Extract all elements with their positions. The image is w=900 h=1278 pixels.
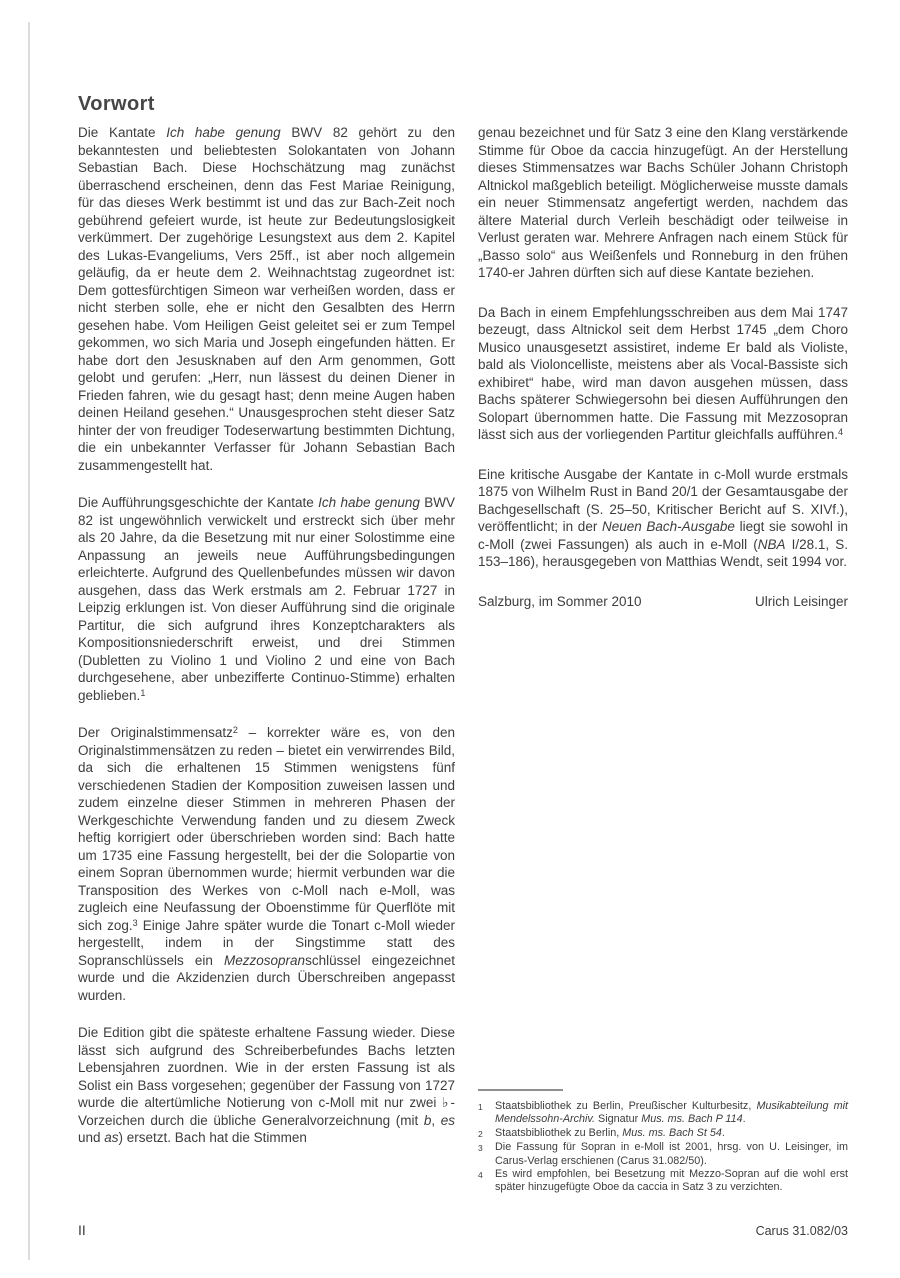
footnote-text: Es wird empfohlen, bei Besetzung mit Mez… bbox=[495, 1168, 848, 1195]
signature-line: Salzburg, im Sommer 2010 Ulrich Leisinge… bbox=[478, 593, 848, 611]
paragraph: Da Bach in einem Empfehlungsschreiben au… bbox=[478, 304, 848, 444]
paragraph: Eine kritische Ausgabe der Kantate in c-… bbox=[478, 466, 848, 571]
footnote-marker: 3 bbox=[478, 1141, 495, 1168]
left-column: Die Kantate Ich habe genung BWV 82 gehör… bbox=[78, 124, 455, 1167]
footnote-divider bbox=[478, 1089, 563, 1091]
page-number: II bbox=[78, 1222, 86, 1238]
catalog-number: Carus 31.082/03 bbox=[756, 1224, 848, 1238]
footnote: 4 Es wird empfohlen, bei Besetzung mit M… bbox=[478, 1168, 848, 1195]
paragraph: Die Kantate Ich habe genung BWV 82 gehör… bbox=[78, 124, 455, 474]
paragraph: Die Edition gibt die späteste erhaltene … bbox=[78, 1024, 455, 1147]
footnote: 3 Die Fassung für Sopran in e-Moll ist 2… bbox=[478, 1141, 848, 1168]
footnote-text: Die Fassung für Sopran in e-Moll ist 200… bbox=[495, 1141, 848, 1168]
footnote: 1 Staatsbibliothek zu Berlin, Preußische… bbox=[478, 1100, 848, 1127]
footnotes-block: 1 Staatsbibliothek zu Berlin, Preußische… bbox=[478, 1089, 848, 1195]
right-column: genau bezeichnet und für Satz 3 eine den… bbox=[478, 124, 848, 610]
footnote: 2 Staatsbibliothek zu Berlin, Mus. ms. B… bbox=[478, 1127, 848, 1141]
footnote-marker: 2 bbox=[478, 1127, 495, 1141]
paragraph: Der Originalstimmensatz2 – korrekter wär… bbox=[78, 724, 455, 1004]
footnote-text: Staatsbibliothek zu Berlin, Preußischer … bbox=[495, 1100, 848, 1127]
signature-place-date: Salzburg, im Sommer 2010 bbox=[478, 593, 642, 611]
page-title: Vorwort bbox=[78, 93, 155, 116]
footnote-marker: 1 bbox=[478, 1100, 495, 1127]
paragraph: Die Aufführungsgeschichte der Kantate Ic… bbox=[78, 494, 455, 704]
scan-page-edge bbox=[28, 22, 30, 1260]
page-footer: II Carus 31.082/03 bbox=[78, 1222, 848, 1238]
footnote-text: Staatsbibliothek zu Berlin, Mus. ms. Bac… bbox=[495, 1127, 848, 1141]
paragraph: genau bezeichnet und für Satz 3 eine den… bbox=[478, 124, 848, 282]
footnote-marker: 4 bbox=[478, 1168, 495, 1195]
signature-author: Ulrich Leisinger bbox=[755, 593, 848, 611]
